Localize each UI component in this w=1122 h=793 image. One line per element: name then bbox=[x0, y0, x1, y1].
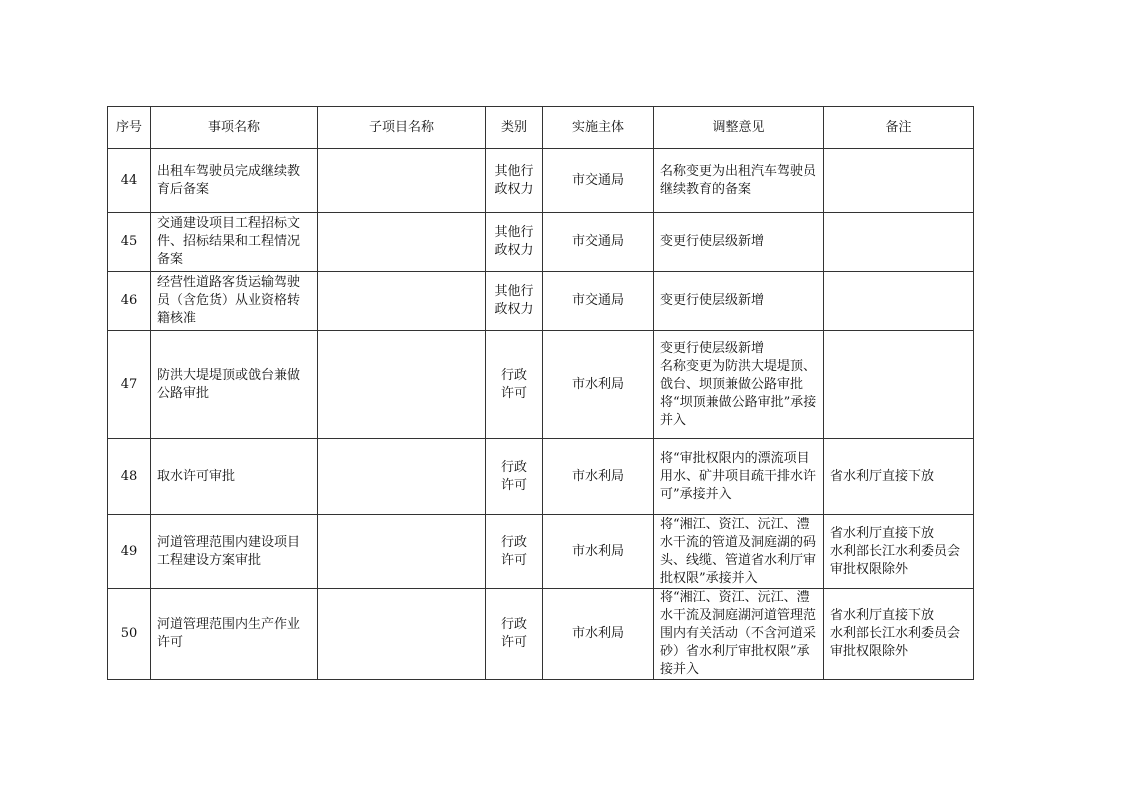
cell-agency: 市水利局 bbox=[543, 515, 654, 589]
cell-note bbox=[824, 213, 974, 272]
table-row: 46经营性道路客货运输驾驶员（含危货）从业资格转籍核准其他行政权力市交通局变更行… bbox=[108, 272, 974, 331]
cell-category: 其他行政权力 bbox=[486, 149, 543, 213]
cell-item-name: 交通建设项目工程招标文件、招标结果和工程情况备案 bbox=[151, 213, 318, 272]
header-category: 类别 bbox=[486, 107, 543, 149]
cell-sub-item bbox=[318, 213, 486, 272]
cell-sub-item bbox=[318, 439, 486, 515]
cell-note bbox=[824, 272, 974, 331]
cell-opinion: 变更行使层级新增 bbox=[654, 272, 824, 331]
cell-seq: 48 bbox=[108, 439, 151, 515]
cell-seq: 47 bbox=[108, 331, 151, 439]
table-row: 45交通建设项目工程招标文件、招标结果和工程情况备案其他行政权力市交通局变更行使… bbox=[108, 213, 974, 272]
cell-opinion: 名称变更为出租汽车驾驶员继续教育的备案 bbox=[654, 149, 824, 213]
cell-item-name: 出租车驾驶员完成继续教育后备案 bbox=[151, 149, 318, 213]
cell-opinion: 将“审批权限内的漂流项目用水、矿井项目疏干排水许可”承接并入 bbox=[654, 439, 824, 515]
cell-opinion: 将“湘江、资江、沅江、澧水干流及洞庭湖河道管理范围内有关活动（不含河道采砂）省水… bbox=[654, 589, 824, 680]
cell-note bbox=[824, 331, 974, 439]
table-row: 49河道管理范围内建设项目工程建设方案审批行政许可市水利局将“湘江、资江、沅江、… bbox=[108, 515, 974, 589]
document-page: 序号 事项名称 子项目名称 类别 实施主体 调整意见 备注 44出租车驾驶员完成… bbox=[0, 0, 1122, 793]
cell-seq: 50 bbox=[108, 589, 151, 680]
cell-sub-item bbox=[318, 589, 486, 680]
cell-agency: 市水利局 bbox=[543, 331, 654, 439]
cell-note: 省水利厅直接下放 bbox=[824, 439, 974, 515]
cell-item-name: 经营性道路客货运输驾驶员（含危货）从业资格转籍核准 bbox=[151, 272, 318, 331]
cell-note: 省水利厅直接下放水利部长江水利委员会审批权限除外 bbox=[824, 515, 974, 589]
header-sub-item: 子项目名称 bbox=[318, 107, 486, 149]
header-agency: 实施主体 bbox=[543, 107, 654, 149]
cell-category: 其他行政权力 bbox=[486, 272, 543, 331]
cell-opinion: 变更行使层级新增名称变更为防洪大堤堤顶、戗台、坝顶兼做公路审批将“坝顶兼做公路审… bbox=[654, 331, 824, 439]
cell-category: 行政许可 bbox=[486, 515, 543, 589]
cell-agency: 市交通局 bbox=[543, 272, 654, 331]
cell-note: 省水利厅直接下放水利部长江水利委员会审批权限除外 bbox=[824, 589, 974, 680]
cell-seq: 49 bbox=[108, 515, 151, 589]
cell-note bbox=[824, 149, 974, 213]
cell-opinion: 变更行使层级新增 bbox=[654, 213, 824, 272]
header-seq: 序号 bbox=[108, 107, 151, 149]
cell-category: 其他行政权力 bbox=[486, 213, 543, 272]
cell-agency: 市水利局 bbox=[543, 439, 654, 515]
cell-agency: 市水利局 bbox=[543, 589, 654, 680]
cell-seq: 44 bbox=[108, 149, 151, 213]
cell-agency: 市交通局 bbox=[543, 213, 654, 272]
cell-item-name: 河道管理范围内生产作业许可 bbox=[151, 589, 318, 680]
table-row: 48取水许可审批行政许可市水利局将“审批权限内的漂流项目用水、矿井项目疏干排水许… bbox=[108, 439, 974, 515]
cell-sub-item bbox=[318, 149, 486, 213]
table-row: 50河道管理范围内生产作业许可行政许可市水利局将“湘江、资江、沅江、澧水干流及洞… bbox=[108, 589, 974, 680]
cell-opinion: 将“湘江、资江、沅江、澧水干流的管道及洞庭湖的码头、线缆、管道省水利厅审批权限”… bbox=[654, 515, 824, 589]
cell-category: 行政许可 bbox=[486, 439, 543, 515]
cell-sub-item bbox=[318, 272, 486, 331]
header-note: 备注 bbox=[824, 107, 974, 149]
cell-agency: 市交通局 bbox=[543, 149, 654, 213]
cell-sub-item bbox=[318, 515, 486, 589]
table-row: 44出租车驾驶员完成继续教育后备案其他行政权力市交通局名称变更为出租汽车驾驶员继… bbox=[108, 149, 974, 213]
header-opinion: 调整意见 bbox=[654, 107, 824, 149]
cell-sub-item bbox=[318, 331, 486, 439]
table-row: 47防洪大堤堤顶或戗台兼做公路审批行政许可市水利局变更行使层级新增名称变更为防洪… bbox=[108, 331, 974, 439]
cell-category: 行政许可 bbox=[486, 331, 543, 439]
cell-category: 行政许可 bbox=[486, 589, 543, 680]
cell-item-name: 河道管理范围内建设项目工程建设方案审批 bbox=[151, 515, 318, 589]
cell-item-name: 防洪大堤堤顶或戗台兼做公路审批 bbox=[151, 331, 318, 439]
cell-seq: 45 bbox=[108, 213, 151, 272]
cell-item-name: 取水许可审批 bbox=[151, 439, 318, 515]
adjustment-table: 序号 事项名称 子项目名称 类别 实施主体 调整意见 备注 44出租车驾驶员完成… bbox=[107, 106, 974, 680]
header-item-name: 事项名称 bbox=[151, 107, 318, 149]
table-header-row: 序号 事项名称 子项目名称 类别 实施主体 调整意见 备注 bbox=[108, 107, 974, 149]
cell-seq: 46 bbox=[108, 272, 151, 331]
